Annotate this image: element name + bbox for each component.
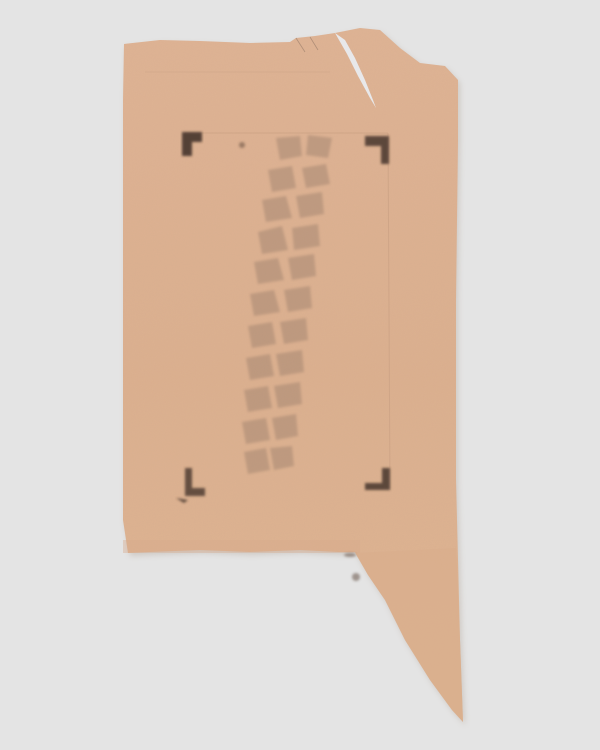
photograph — [0, 0, 600, 750]
